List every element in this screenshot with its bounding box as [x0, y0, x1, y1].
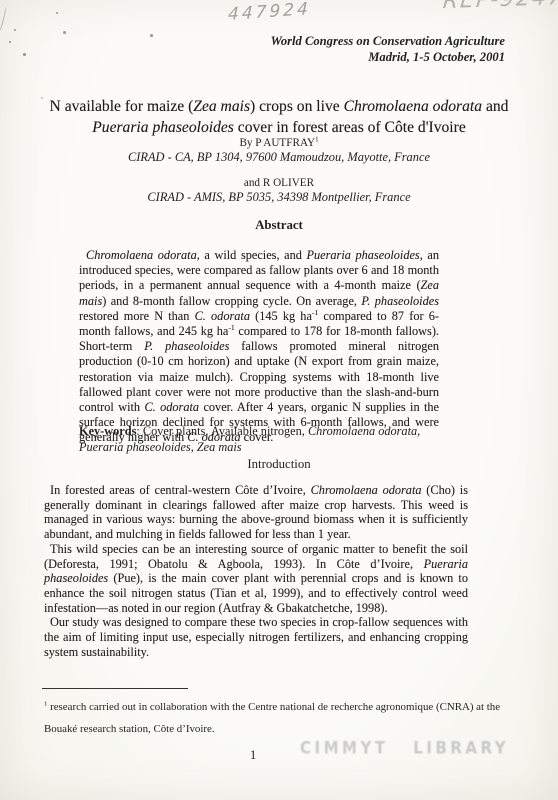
scan-speckle [14, 29, 16, 31]
paper-title: N available for maize (Zea mais) crops o… [28, 96, 530, 138]
handwritten-accession-number: 447924 [228, 0, 311, 25]
scan-speckle [150, 34, 153, 37]
author-byline-1: By P AUTFRAY1 [0, 137, 558, 149]
author-affiliation-2: CIRAD - AMIS, BP 5035, 34398 Montpellier… [0, 190, 558, 205]
scan-speckle [63, 31, 66, 34]
scan-edge-mark [0, 6, 7, 33]
footnote-text: 1 research carried out in collaboration … [44, 697, 512, 740]
conference-name: World Congress on Conservation Agricultu… [175, 33, 505, 49]
scan-speckle [56, 12, 58, 14]
abstract-heading: Abstract [0, 218, 558, 233]
conference-location-date: Madrid, 1-5 October, 2001 [175, 49, 505, 65]
author-byline-2: and R OLIVER [0, 177, 558, 189]
scan-speckle [23, 53, 26, 56]
abstract-body: Chromolaena odorata, a wild species, and… [79, 248, 439, 446]
handwritten-ref-code: REP-9247 [442, 0, 558, 14]
introduction-paragraph-1: In forested areas of central-western Côt… [44, 483, 468, 542]
footnote-divider [42, 688, 188, 689]
introduction-heading: Introduction [0, 457, 558, 472]
introduction-paragraph-2: This wild species can be an interesting … [44, 542, 468, 616]
keywords: Key-words: Cover plants, Available nitro… [79, 424, 439, 455]
scanned-paper-page: 447924 REP-9247 World Congress on Conser… [0, 0, 558, 800]
introduction-body: In forested areas of central-western Côt… [44, 483, 468, 659]
page-number: 1 [250, 748, 256, 763]
library-stamp: CIMMYT LIBRARY [300, 738, 509, 758]
introduction-paragraph-3: Our study was designed to compare these … [44, 615, 468, 659]
author-affiliation-1: CIRAD - CA, BP 1304, 97600 Mamoudzou, Ma… [0, 150, 558, 165]
scan-speckle [9, 41, 11, 43]
conference-header: World Congress on Conservation Agricultu… [175, 33, 505, 65]
